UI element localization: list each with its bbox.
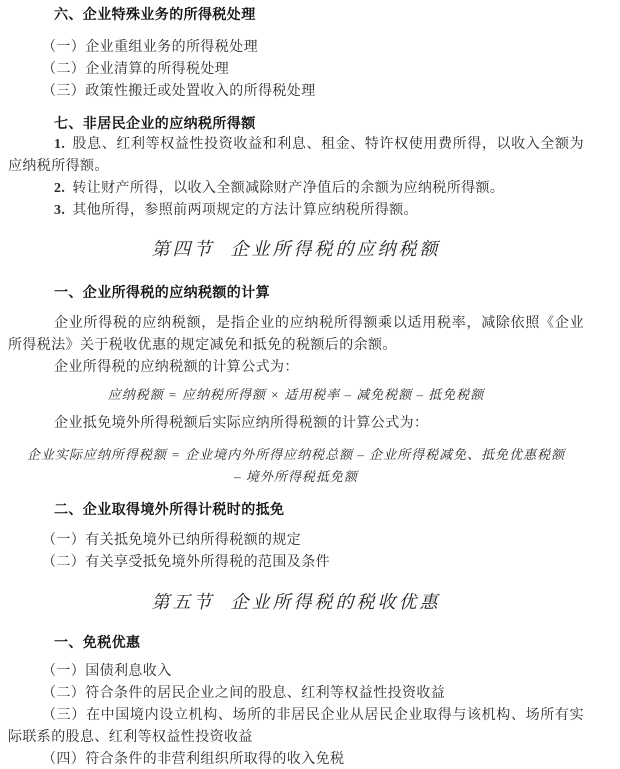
list-item: （四）符合条件的非营利组织所取得的收入免税	[8, 749, 584, 769]
paragraph: 企业所得税的应纳税额的计算公式为：	[8, 357, 584, 379]
list-item: （一）企业重组业务的所得税处理	[8, 37, 584, 59]
chapter-title-section4: 第四节企业所得税的应纳税额	[8, 236, 584, 262]
paragraph-number: 1.	[54, 137, 65, 152]
chapter-name: 企业所得税的应纳税额	[231, 239, 441, 259]
section-heading-7: 七、非居民企业的应纳税所得额	[8, 112, 584, 134]
formula-actual-tax-line1: 企业实际应纳所得税额 = 企业境内外所得应纳税总额 – 企业所得税减免、抵免优惠…	[8, 444, 584, 466]
paragraph: 3.其他所得，参照前两项规定的方法计算应纳税所得额。	[8, 200, 584, 222]
paragraph-text: 转让财产所得，以收入全额减除财产净值后的余额为应纳税所得额。	[72, 181, 504, 196]
list-item: （一）有关抵免境外已纳所得税额的规定	[8, 530, 584, 552]
list-item: （一）国债利息收入	[8, 661, 584, 683]
list-item: （二）企业清算的所得税处理	[8, 59, 584, 81]
list-item: （二）有关享受抵免境外所得税的范围及条件	[8, 552, 584, 574]
subsection-heading-2: 二、企业取得境外所得计税时的抵免	[8, 498, 584, 520]
paragraph: 2.转让财产所得，以收入全额减除财产净值后的余额为应纳税所得额。	[8, 178, 584, 200]
list-item: （二）符合条件的居民企业之间的股息、红利等权益性投资收益	[8, 683, 584, 705]
paragraph-text: 股息、红利等权益性投资收益和利息、租金、特许权使用费所得，以收入全额为应纳税所得…	[8, 137, 584, 174]
paragraph: 企业所得税的应纳税额，是指企业的应纳税所得额乘以适用税率，减除依照《企业所得税法…	[8, 313, 584, 357]
list-item: （三）政策性搬迁或处置收入的所得税处理	[8, 81, 584, 103]
document-page: 六、企业特殊业务的所得税处理 （一）企业重组业务的所得税处理 （二）企业清算的所…	[0, 0, 620, 769]
formula-tax-payable: 应纳税额 = 应纳税所得额 × 适用税率 – 减免税额 – 抵免税额	[8, 384, 584, 406]
paragraph: 1.股息、红利等权益性投资收益和利息、租金、特许权使用费所得，以收入全额为应纳税…	[8, 134, 584, 178]
chapter-label: 第五节	[152, 592, 215, 612]
chapter-name: 企业所得税的税收优惠	[231, 592, 441, 612]
chapter-label: 第四节	[152, 239, 215, 259]
paragraph: 企业抵免境外所得税额后实际应纳所得税额的计算公式为：	[8, 413, 584, 435]
formula-actual-tax-line2: – 境外所得税抵免额	[8, 466, 584, 488]
paragraph-text: 其他所得，参照前两项规定的方法计算应纳税所得额。	[72, 203, 418, 218]
chapter-title-section5: 第五节企业所得税的税收优惠	[8, 589, 584, 615]
paragraph-number: 3.	[54, 203, 65, 218]
section-heading-6: 六、企业特殊业务的所得税处理	[8, 3, 584, 25]
subsection-heading-1: 一、企业所得税的应纳税额的计算	[8, 281, 584, 303]
list-item: （三）在中国境内设立机构、场所的非居民企业从居民企业取得与该机构、场所有实际联系…	[8, 705, 584, 749]
paragraph-number: 2.	[54, 181, 65, 196]
subsection-heading-exemption: 一、免税优惠	[8, 631, 584, 653]
